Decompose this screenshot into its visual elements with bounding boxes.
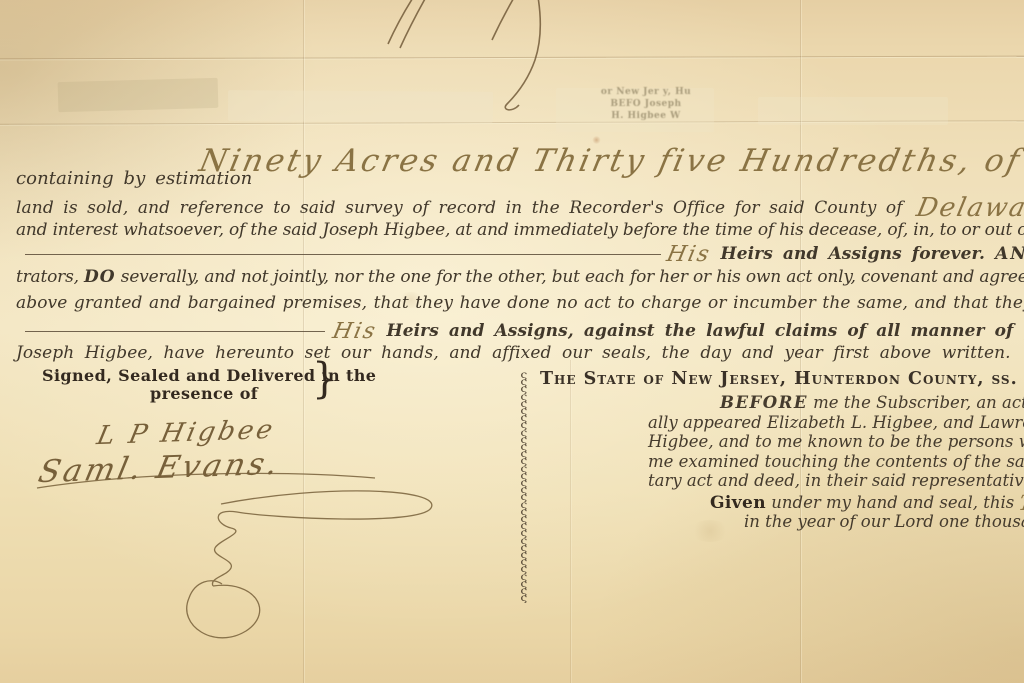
- printed-text: trators,: [16, 267, 84, 287]
- printed-text: severally, and not jointly, nor the one …: [116, 267, 1024, 287]
- blank-rule: [25, 330, 325, 332]
- given-text: under my hand and seal, this: [766, 493, 1019, 512]
- printed-text: Heirs and Assigns forever.: [711, 244, 996, 264]
- body-line-3: and interest whatsoever, of the said Jos…: [16, 220, 1024, 240]
- blackletter-word: AND: [995, 244, 1024, 264]
- top-flourish-strokes: [0, 0, 1024, 130]
- signature-flourish: [25, 468, 465, 648]
- notary-line: me examined touching the contents of the…: [648, 452, 1024, 472]
- body-line-8: Joseph Higbee, have hereunto set our han…: [16, 343, 1011, 363]
- year-line: in the year of our Lord one thousand eig: [744, 512, 1024, 532]
- notary-line: ally appeared Elizabeth L. Higbee, and L…: [648, 413, 1024, 433]
- body-line-6: above granted and bargained premises, th…: [16, 293, 1024, 313]
- deed-scan: or New Jer y, Hu BEFO Joseph H. Higbee W…: [0, 0, 1024, 683]
- body-line-5: trators, DO severally, and not jointly, …: [16, 267, 1024, 287]
- handwritten-his: His: [330, 319, 379, 344]
- handwritten-county: Delaware: [913, 193, 1024, 223]
- notary-line: tary act and deed, in their said represe…: [648, 471, 1024, 491]
- notary-paragraph: BEFORE me the Subscriber, an acting Just…: [648, 393, 1024, 491]
- printed-text: Joseph Higbee, have hereunto set our han…: [16, 343, 1011, 363]
- notary-line: Higbee, and to me known to be the person…: [648, 432, 1024, 452]
- printed-text: land is sold, and reference to said surv…: [16, 198, 903, 218]
- blank-rule: [25, 253, 661, 255]
- handwritten-his: His: [664, 242, 713, 267]
- body-line-7: His Heirs and Assigns, against the lawfu…: [25, 319, 1024, 344]
- handwritten-acreage: Ninety Acres and Thirty five Hundredths,…: [196, 143, 1024, 179]
- notary-text: me the Subscriber, an acting Justice of …: [808, 393, 1024, 412]
- signature-higbee: L P Higbee: [94, 415, 278, 451]
- attestation-brace: }: [312, 355, 337, 403]
- attestation-line-2: presence of: [150, 384, 258, 403]
- blackletter-word: DO: [84, 267, 116, 287]
- wavy-rule: ςςςςςςςςςςςςςςςςςςςςςςςςςςςςςςςς: [521, 372, 527, 603]
- body-line-4: His Heirs and Assigns forever. AND: [25, 242, 1024, 267]
- printed-text: above granted and bargained premises, th…: [16, 293, 1024, 313]
- printed-text: Heirs and Assigns, against the lawful cl…: [377, 321, 1024, 341]
- given-blackletter: Given: [710, 493, 766, 513]
- notary-heading: The State of New Jersey, Hunterdon Count…: [540, 369, 1018, 389]
- printed-text: and interest whatsoever, of the said Jos…: [16, 220, 1024, 240]
- stain: [690, 520, 730, 542]
- fold-crease-vertical-center: [570, 360, 571, 683]
- notary-line: BEFORE me the Subscriber, an acting Just…: [720, 393, 1024, 413]
- before-lead: BEFORE: [720, 393, 808, 412]
- body-line-2: land is sold, and reference to said surv…: [16, 193, 1024, 223]
